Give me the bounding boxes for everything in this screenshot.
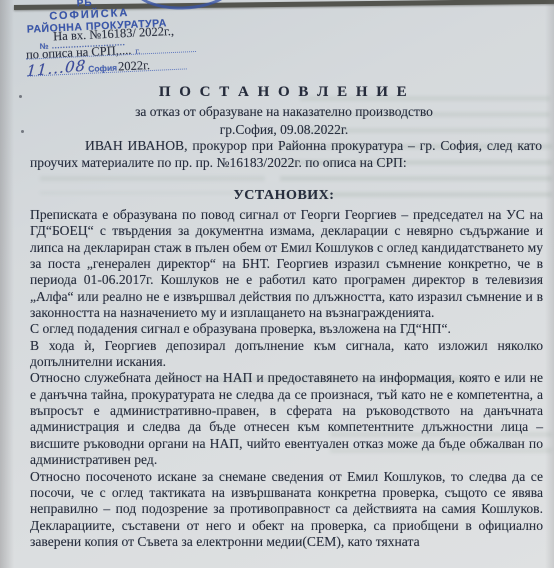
round-seal-arc (130, 0, 238, 12)
title-block: П О С Т А Н О В Л Е Н И Е за отказ от об… (22, 84, 546, 138)
document-subtitle: за отказ от образуване на наказателно пр… (22, 104, 546, 120)
opening-paragraph: ИВАН ИВАНОВ, прокурор при Районна прокур… (30, 138, 542, 171)
body-paragraph: Относно служебната дейност на НАП и пред… (30, 370, 543, 468)
body-paragraph: Относно посоченото искане за снемане све… (30, 469, 543, 551)
paper-right-edge-shadow (545, 0, 554, 568)
paper-left-edge-shadow (0, 0, 14, 568)
section-heading: УСТАНОВИХ: (22, 188, 546, 204)
prosecutor-entry-stamp: РБ СОФИЙСКА РАЙОННА ПРОКУРАТУРА На вх. №… (22, 0, 241, 85)
document-title: П О С Т А Н О В Л Е Н И Е (22, 84, 546, 101)
body-paragraph: Преписката е образувана по повод сигнал … (30, 207, 543, 321)
scanned-document-page: РБ СОФИЙСКА РАЙОННА ПРОКУРАТУРА На вх. №… (0, 0, 554, 568)
body-paragraph: В хода ѝ, Георгиев депозирал допълнение … (30, 338, 543, 371)
document-place-date: гр.София, 09.08.2022г. (22, 122, 546, 138)
body-paragraph: С оглед подадения сигнал е образувана пр… (30, 321, 543, 337)
handwritten-date: 11...08 (26, 56, 87, 80)
document-body: Преписката е образувана по повод сигнал … (30, 207, 543, 550)
